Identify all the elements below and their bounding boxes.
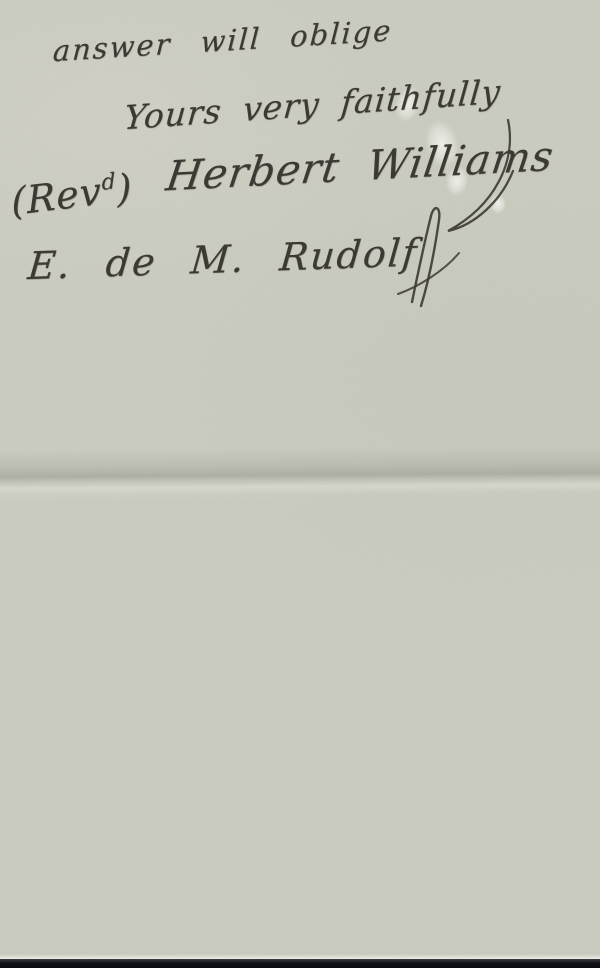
fold-crease <box>0 446 600 502</box>
paper-damage-spot <box>490 194 506 214</box>
scan-bottom-edge <box>0 959 600 968</box>
rev-prefix-superscript-d: d <box>101 169 117 196</box>
letter-page: answer will oblige Yours very faithfully… <box>0 0 600 968</box>
rev-prefix-close: ) <box>116 165 134 211</box>
